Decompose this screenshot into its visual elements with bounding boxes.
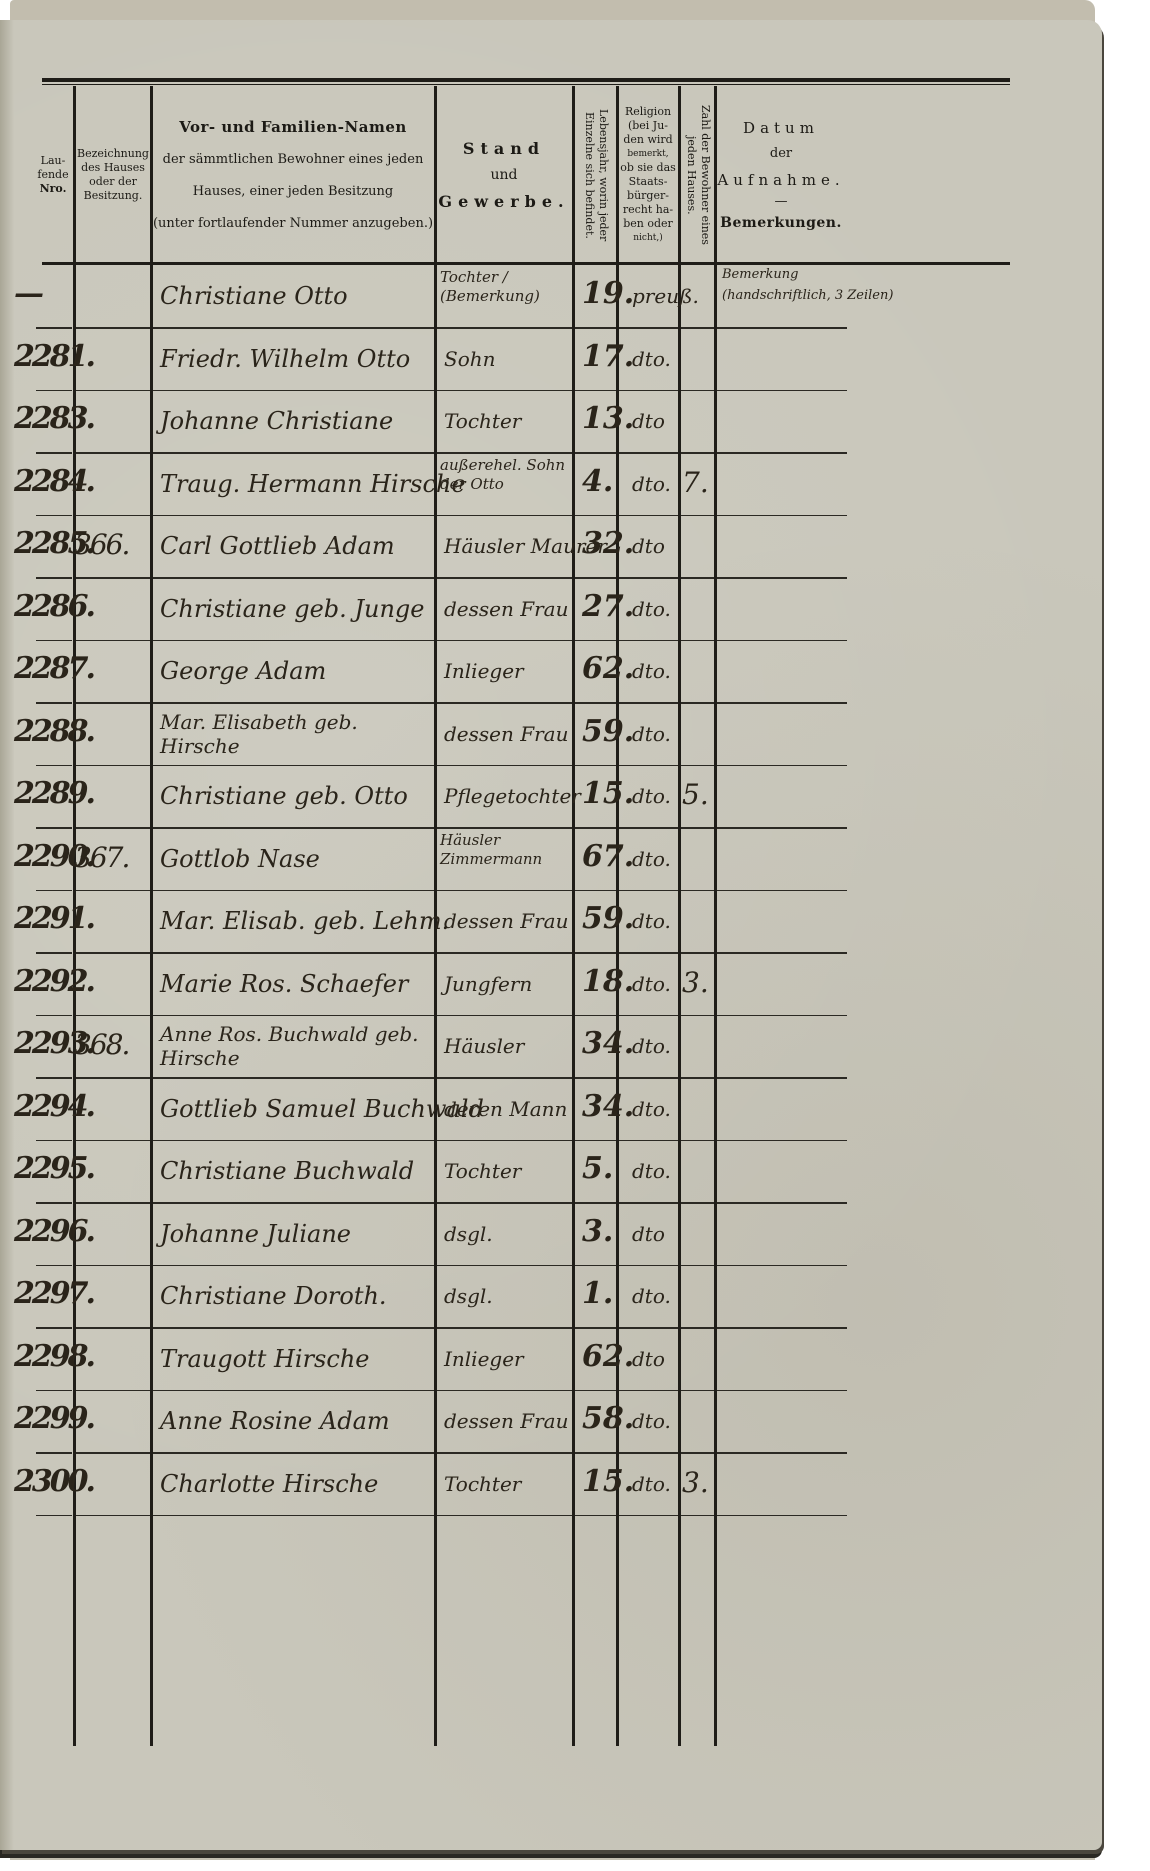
- religion: dto.: [632, 1472, 671, 1496]
- table-row: 2293.368.Anne Ros. Buchwald geb. Hirsche…: [42, 1016, 1010, 1079]
- header-text: ben oder: [623, 217, 673, 231]
- religion: dto.: [632, 659, 671, 683]
- occupation: dsgl.: [444, 1284, 493, 1308]
- household-count: 5.: [682, 778, 709, 811]
- age: 59.: [582, 714, 634, 749]
- religion: dto.: [632, 347, 671, 371]
- header-stand: Stand und Gewerbe.: [436, 90, 572, 260]
- entry-number: 2289.: [14, 776, 93, 811]
- household-count: 3.: [682, 1466, 709, 1499]
- resident-name: Gottlob Nase: [160, 845, 320, 873]
- table-row: 2297.Christiane Doroth.dsgl.1.dto.: [42, 1266, 1010, 1329]
- entry-number: 2292.: [14, 964, 93, 999]
- religion: dto.: [632, 909, 671, 933]
- binding-edge: [0, 20, 14, 1850]
- header-age: Lebensjahr, worin jeder Einzelne sich be…: [574, 90, 616, 260]
- occupation: außerehel. Sohn der Otto: [440, 456, 575, 494]
- header-text: Bezeichnung: [77, 147, 149, 161]
- table-row: 2299.Anne Rosine Adamdessen Frau58.dto.: [42, 1391, 1010, 1454]
- header-text: Bemerkungen.: [720, 211, 842, 235]
- header-text: Gewerbe.: [438, 192, 569, 211]
- header-text: Stand: [463, 139, 545, 158]
- age: 19.: [582, 276, 634, 311]
- header-text: (bei Ju-: [628, 119, 668, 133]
- header-text: und: [491, 158, 518, 192]
- resident-name: Traug. Hermann Hirsche: [160, 470, 466, 498]
- occupation: dessen Frau: [444, 909, 568, 933]
- row-rule: [437, 1515, 572, 1517]
- resident-name: George Adam: [160, 657, 326, 685]
- table-row: 2287.George AdamInlieger62.dto.: [42, 641, 1010, 704]
- entry-number: 2298.: [14, 1339, 93, 1374]
- header-text: bürger-: [627, 189, 669, 203]
- table-row: 2281.Friedr. Wilhelm OttoSohn17.dto.: [42, 329, 1010, 392]
- occupation: Pflegetochter: [444, 784, 581, 808]
- resident-name: Anne Ros. Buchwald geb. Hirsche: [160, 1022, 430, 1070]
- entry-number: 2286.: [14, 589, 93, 624]
- header-names: Vor- und Familien-Namen der sämmtlichen …: [152, 90, 434, 260]
- entry-number: 2297.: [14, 1276, 93, 1311]
- header-text: den wird: [623, 133, 672, 147]
- religion: dto.: [632, 972, 671, 996]
- entry-number: 2288.: [14, 714, 93, 749]
- table-row: 2295.Christiane BuchwaldTochter5.dto.: [42, 1141, 1010, 1204]
- religion: dto.: [632, 1034, 671, 1058]
- remark: Bemerkung (handschriftlich, 3 Zeilen): [722, 264, 897, 306]
- header-text: Religion: [625, 105, 671, 119]
- resident-name: Christiane Buchwald: [160, 1157, 414, 1185]
- age: 62.: [582, 1339, 634, 1374]
- resident-name: Mar. Elisabeth geb. Hirsche: [160, 710, 430, 758]
- header-house: Bezeichnung des Hauses oder der Besitzun…: [75, 90, 151, 260]
- household-count: 3.: [682, 966, 709, 999]
- occupation: Tochter: [444, 1159, 521, 1183]
- table-row: 2286.Christiane geb. Jungedessen Frau27.…: [42, 579, 1010, 642]
- header-text: Datum: [743, 115, 819, 141]
- header-text: des Hauses: [81, 161, 145, 175]
- entry-number: —: [14, 276, 41, 311]
- age: 3.: [582, 1214, 613, 1249]
- age: 5.: [582, 1151, 613, 1186]
- age: 1.: [582, 1276, 613, 1311]
- header-text: fende: [37, 168, 68, 182]
- age: 59.: [582, 901, 634, 936]
- census-table: Lau- fende Nro. Bezeichnung des Hauses o…: [42, 60, 1010, 1750]
- religion: dto.: [632, 784, 671, 808]
- header-text: Hauses, einer jeden Besitzung: [193, 176, 393, 208]
- age: 27.: [582, 589, 634, 624]
- header-text: Lau-: [41, 154, 66, 168]
- header-title: Vor- und Familien-Namen: [179, 110, 407, 144]
- table-row: —Christiane OttoTochter / (Bemerkung)19.…: [42, 266, 1010, 329]
- occupation: dessen Frau: [444, 597, 568, 621]
- top-rule: [42, 78, 1010, 82]
- occupation: dessen Frau: [444, 722, 568, 746]
- resident-name: Marie Ros. Schaefer: [160, 970, 408, 998]
- header-text: bemerkt,: [627, 147, 668, 161]
- resident-name: Christiane Otto: [160, 282, 348, 310]
- entry-number: 2299.: [14, 1401, 93, 1436]
- occupation: Jungfern: [444, 972, 532, 996]
- age: 32.: [582, 526, 634, 561]
- header-text: Staats-: [629, 175, 668, 189]
- header-text: Aufnahme.: [717, 167, 844, 193]
- religion: dto.: [632, 1409, 671, 1433]
- resident-name: Traugott Hirsche: [160, 1345, 369, 1373]
- age: 58.: [582, 1401, 634, 1436]
- occupation: Häusler Zimmermann: [440, 831, 575, 869]
- household-count: 7.: [682, 466, 709, 499]
- age: 67.: [582, 839, 634, 874]
- occupation: Häusler: [444, 1034, 524, 1058]
- header-text: Nro.: [40, 182, 67, 196]
- religion: dto.: [632, 1097, 671, 1121]
- header-text: Besitzung.: [84, 189, 143, 203]
- house-number: 367.: [74, 841, 128, 874]
- header-count: Zahl der Bewohner eines jeden Hauses.: [680, 90, 714, 260]
- religion: dto: [632, 534, 665, 558]
- row-rule: [681, 1515, 714, 1517]
- entry-number: 2294.: [14, 1089, 93, 1124]
- header-text: oder der: [89, 175, 137, 189]
- table-row: 2300.Charlotte HirscheTochter15.dto.3.: [42, 1454, 1010, 1517]
- religion: preuß.: [632, 284, 699, 308]
- header-text: der sämmtlichen Bewohner eines jeden: [163, 144, 424, 176]
- religion: dto.: [632, 472, 671, 496]
- header-text: der: [770, 141, 792, 167]
- table-row: 2290.367.Gottlob NaseHäusler Zimmermann6…: [42, 829, 1010, 892]
- table-row: 2288.Mar. Elisabeth geb. Hirschedessen F…: [42, 704, 1010, 767]
- age: 15.: [582, 776, 634, 811]
- occupation: Inlieger: [444, 1347, 524, 1371]
- header-text: recht ha-: [623, 203, 673, 217]
- age: 13.: [582, 401, 634, 436]
- religion: dto: [632, 1347, 665, 1371]
- resident-name: Mar. Elisab. geb. Lehm.: [160, 907, 449, 935]
- entry-number: 2300.: [14, 1464, 93, 1499]
- row-rule: [619, 1515, 678, 1517]
- header-text: Lebensjahr, worin jeder Einzelne sich be…: [580, 100, 610, 250]
- age: 62.: [582, 651, 634, 686]
- religion: dto.: [632, 847, 671, 871]
- entry-number: 2296.: [14, 1214, 93, 1249]
- entry-number: 2284.: [14, 464, 93, 499]
- occupation: Sohn: [444, 347, 496, 371]
- row-rule: [76, 1515, 150, 1517]
- occupation: Tochter: [444, 409, 521, 433]
- religion: dto: [632, 409, 665, 433]
- table-row: 2283.Johanne ChristianeTochter13.dto: [42, 391, 1010, 454]
- resident-name: Christiane geb. Junge: [160, 595, 425, 623]
- header-text: nicht,): [633, 231, 663, 245]
- table-row: 2294.Gottlieb Samuel Buchwaldderen Mann3…: [42, 1079, 1010, 1142]
- religion: dto.: [632, 597, 671, 621]
- age: 34.: [582, 1089, 634, 1124]
- religion: dto: [632, 1222, 665, 1246]
- row-rule: [36, 1515, 72, 1517]
- resident-name: Charlotte Hirsche: [160, 1470, 378, 1498]
- age: 4.: [582, 464, 613, 499]
- resident-name: Carl Gottlieb Adam: [160, 532, 395, 560]
- occupation: Tochter / (Bemerkung): [440, 268, 575, 306]
- table-row: 2298.Traugott HirscheInlieger62.dto: [42, 1329, 1010, 1392]
- house-number: 368.: [74, 1028, 128, 1061]
- header-date-remarks: Datum der Aufnahme. — Bemerkungen.: [716, 90, 846, 260]
- row-rule: [153, 1515, 434, 1517]
- header-text: ob sie das: [620, 161, 676, 175]
- religion: dto.: [632, 1284, 671, 1308]
- age: 34.: [582, 1026, 634, 1061]
- table-row: 2284.Traug. Hermann Hirscheaußerehel. So…: [42, 454, 1010, 517]
- age: 17.: [582, 339, 634, 374]
- header-text: —: [775, 193, 788, 211]
- entry-number: 2291.: [14, 901, 93, 936]
- house-number: 366.: [74, 528, 128, 561]
- occupation: deren Mann: [444, 1097, 567, 1121]
- religion: dto.: [632, 1159, 671, 1183]
- resident-name: Gottlieb Samuel Buchwald: [160, 1095, 484, 1123]
- entry-number: 2295.: [14, 1151, 93, 1186]
- age: 18.: [582, 964, 634, 999]
- occupation: Inlieger: [444, 659, 524, 683]
- header-lfd-nr: Lau- fende Nro.: [34, 90, 72, 260]
- entry-number: 2283.: [14, 401, 93, 436]
- table-row: 2292.Marie Ros. SchaeferJungfern18.dto.3…: [42, 954, 1010, 1017]
- occupation: dessen Frau: [444, 1409, 568, 1433]
- occupation: Tochter: [444, 1472, 521, 1496]
- top-rule-thin: [42, 84, 1010, 85]
- resident-name: Anne Rosine Adam: [160, 1407, 390, 1435]
- header-text: Zahl der Bewohner eines jeden Hauses.: [682, 100, 712, 250]
- row-rule: [717, 1515, 847, 1517]
- table-row: 2296.Johanne Julianedsgl.3.dto: [42, 1204, 1010, 1267]
- table-row: 2291.Mar. Elisab. geb. Lehm.dessen Frau5…: [42, 891, 1010, 954]
- table-row: 2289.Christiane geb. OttoPflegetochter15…: [42, 766, 1010, 829]
- header-religion: Religion (bei Ju- den wird bemerkt, ob s…: [618, 90, 678, 260]
- row-rule: [575, 1515, 616, 1517]
- resident-name: Johanne Juliane: [160, 1220, 351, 1248]
- age: 15.: [582, 1464, 634, 1499]
- header-text: (unter fortlaufender Nummer anzugeben.): [153, 208, 433, 240]
- entry-number: 2281.: [14, 339, 93, 374]
- occupation: dsgl.: [444, 1222, 493, 1246]
- religion: dto.: [632, 722, 671, 746]
- resident-name: Johanne Christiane: [160, 407, 393, 435]
- resident-name: Friedr. Wilhelm Otto: [160, 345, 410, 373]
- table-row: 2285.366.Carl Gottlieb AdamHäusler Maure…: [42, 516, 1010, 579]
- resident-name: Christiane geb. Otto: [160, 782, 408, 810]
- entry-number: 2287.: [14, 651, 93, 686]
- resident-name: Christiane Doroth.: [160, 1282, 387, 1310]
